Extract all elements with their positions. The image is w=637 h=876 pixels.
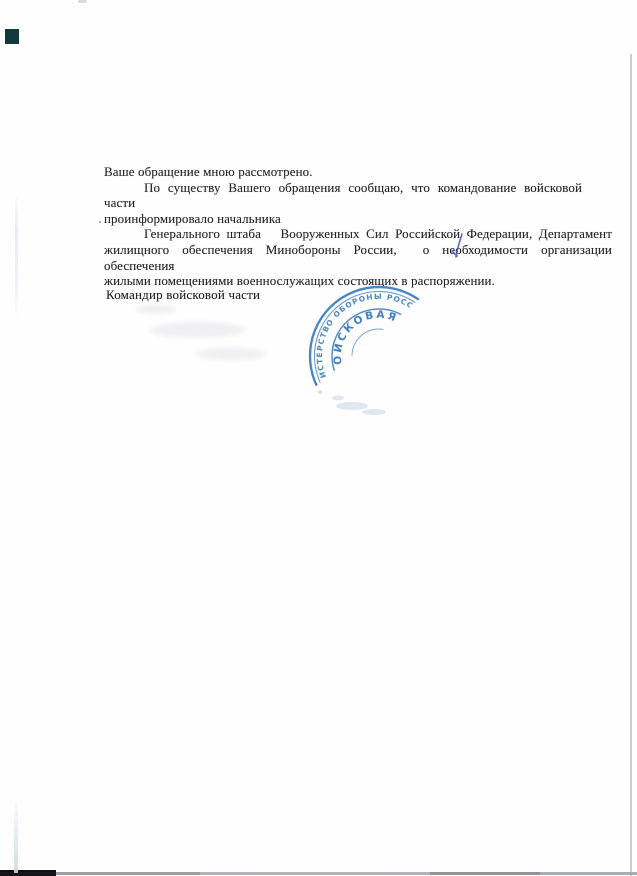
stamp-visible-crescent: МИНИСТЕРСТВО ОБОРОНЫ РОССИЙСКОЙ ВОЙСКОВА…: [310, 287, 448, 425]
stamp-ghost-traces: [318, 390, 387, 415]
stamp-emblem-ring: [352, 329, 406, 383]
eagle-emblem-icon: [355, 335, 403, 373]
stamp-outer-rim: [310, 287, 448, 425]
official-stamp: МИНИСТЕРСТВО ОБОРОНЫ РОССИЙСКОЙ ВОЙСКОВА…: [0, 0, 637, 876]
scanned-letter-page: { "document": { "lines": [ {"text": "Ваш…: [0, 0, 637, 876]
page-background: Ваше обращение мною рассмотрено.По сущес…: [0, 0, 637, 876]
stamp-inner-text: ВОЙСКОВАЯ ЧАСТЬ: [331, 309, 426, 378]
pen-tick-mark: [452, 234, 462, 257]
